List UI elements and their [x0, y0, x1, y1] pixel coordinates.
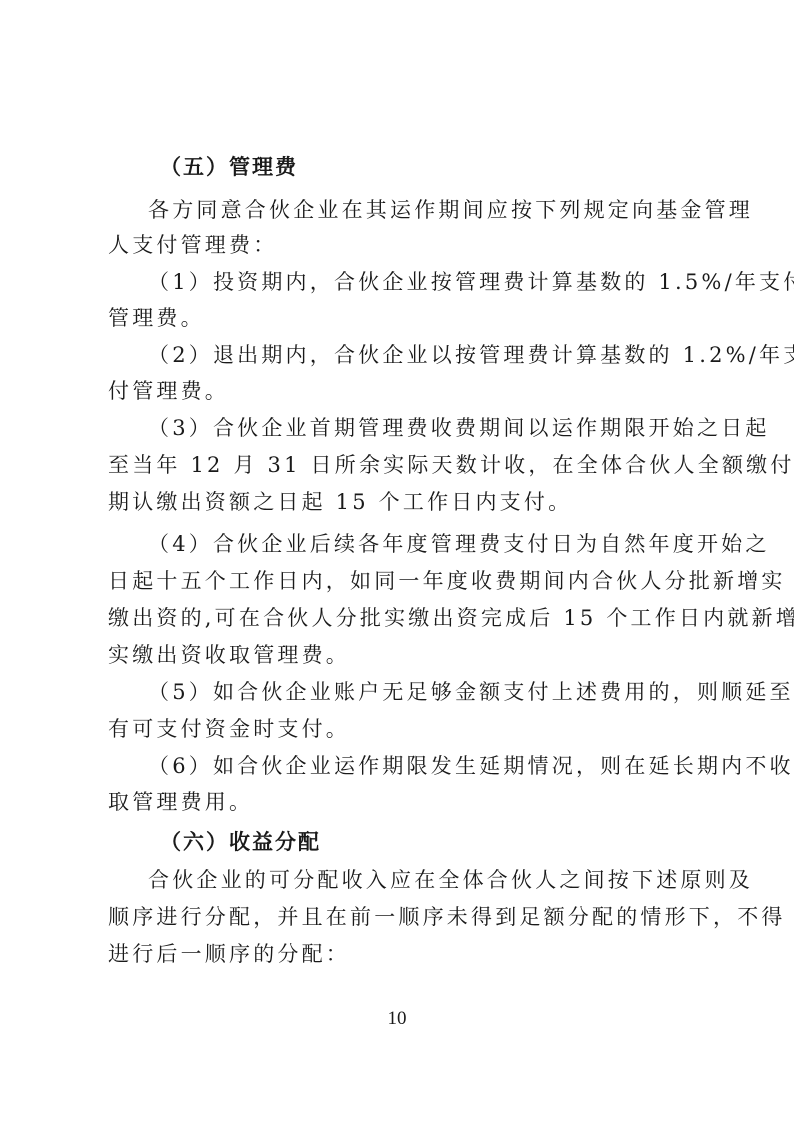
fee-item-3: （3）合伙企业首期管理费收费期间以运作期限开始之日起 [148, 413, 770, 443]
fee-item-1-cont: 管理费。 [108, 303, 205, 333]
fee-item-5: （5）如合伙企业账户无足够金额支付上述费用的，则顺延至 [148, 677, 794, 707]
paragraph-line: 各方同意合伙企业在其运作期间应按下列规定向基金管理 [148, 195, 753, 225]
fee-item-4-cont: 日起十五个工作日内，如同一年度收费期间内合伙人分批新增实 [108, 566, 786, 596]
paragraph-line: 顺序进行分配，并且在前一顺序未得到足额分配的情形下，不得 [108, 902, 786, 932]
fee-item-3-cont: 至当年 12 月 31 日所余实际天数计收，在全体合伙人全额缴付首 [108, 450, 794, 480]
fee-item-2-cont: 付管理费。 [108, 376, 229, 406]
fee-item-2: （2）退出期内，合伙企业以按管理费计算基数的 1.2%/年支 [148, 340, 794, 370]
fee-item-5-cont: 有可支付资金时支付。 [108, 714, 350, 744]
paragraph-line: 进行后一顺序的分配： [108, 939, 350, 969]
fee-item-6: （6）如合伙企业运作期限发生延期情况，则在延长期内不收 [148, 751, 794, 781]
fee-item-4: （4）合伙企业后续各年度管理费支付日为自然年度开始之 [148, 529, 770, 559]
fee-item-6-cont: 取管理费用。 [108, 787, 253, 817]
fee-item-4-cont: 缴出资的,可在合伙人分批实缴出资完成后 15 个工作日内就新增 [108, 603, 794, 633]
paragraph-line: 合伙企业的可分配收入应在全体合伙人之间按下述原则及 [148, 865, 753, 895]
fee-item-1: （1）投资期内，合伙企业按管理费计算基数的 1.5%/年支付 [148, 267, 794, 297]
page-number: 10 [0, 1004, 794, 1034]
section-heading-management-fee: （五）管理费 [160, 152, 298, 182]
paragraph-line: 人支付管理费： [108, 230, 277, 260]
fee-item-3-cont: 期认缴出资额之日起 15 个工作日内支付。 [108, 487, 572, 517]
fee-item-4-cont: 实缴出资收取管理费。 [108, 640, 350, 670]
section-heading-income-distribution: （六）收益分配 [160, 827, 321, 857]
